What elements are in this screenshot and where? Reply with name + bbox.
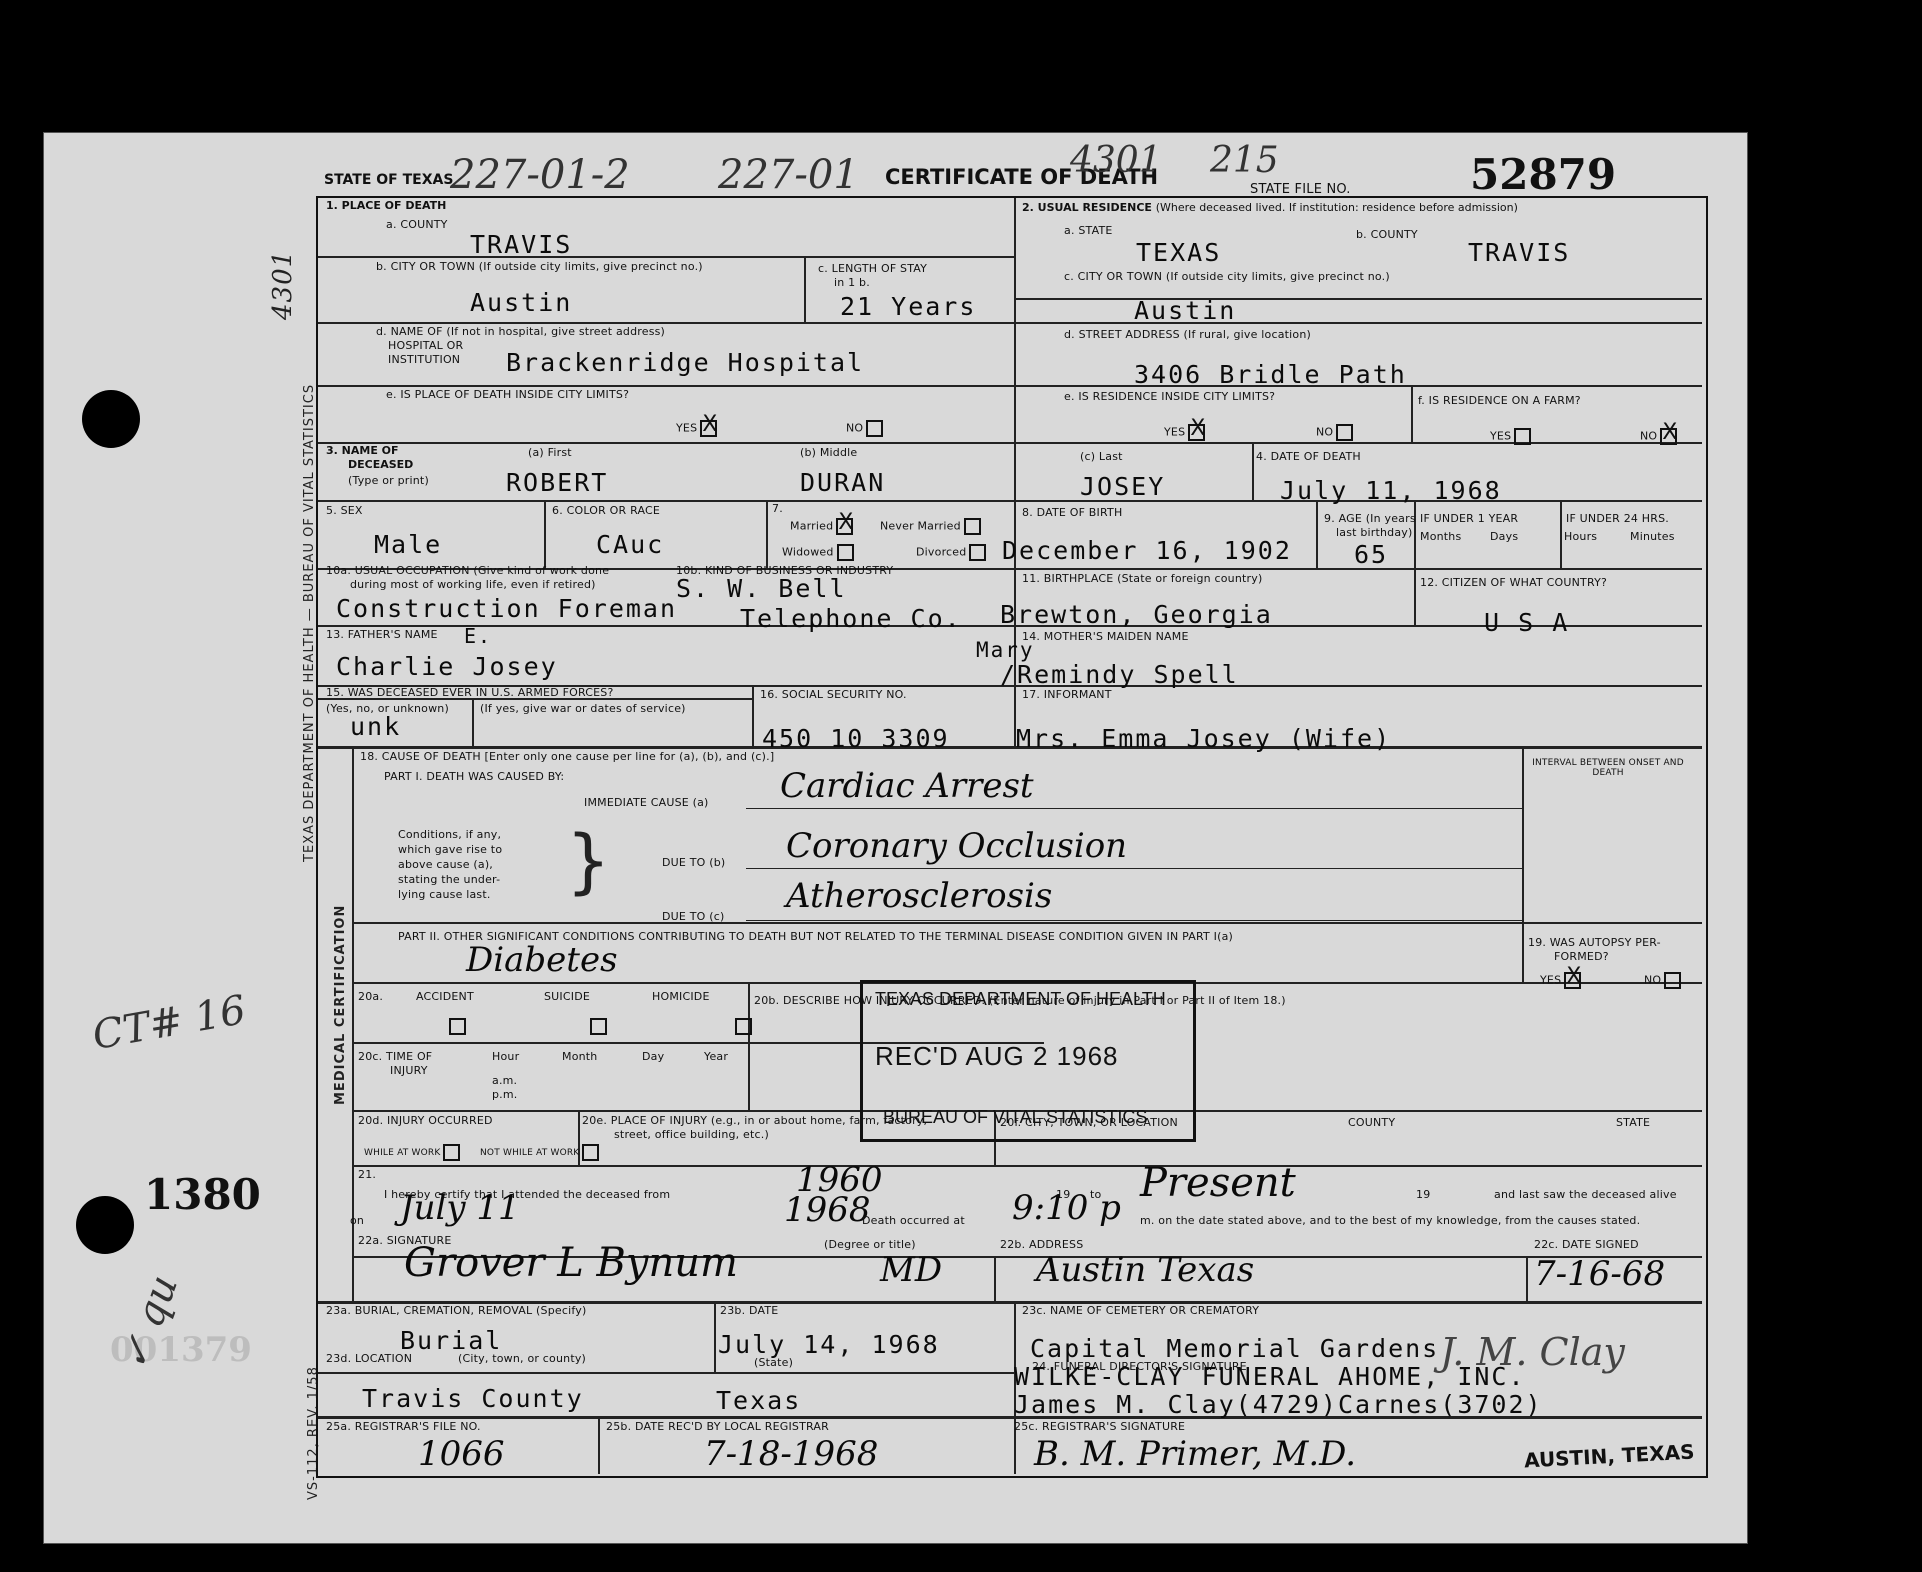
race: CAuc: [596, 530, 664, 559]
res-farm-yes[interactable]: YES: [1490, 428, 1531, 445]
sex-label: 5. SEX: [326, 504, 363, 517]
autopsy-no-checkbox[interactable]: [1664, 972, 1681, 989]
homicide-label: HOMICIDE: [652, 990, 710, 1003]
last-name: JOSEY: [1080, 472, 1165, 501]
burial-city: Travis County: [362, 1384, 584, 1413]
punch-hole-bottom: [76, 1196, 134, 1254]
part2-value: Diabetes: [466, 940, 618, 980]
header-pencil-code-4: 215: [1210, 140, 1279, 181]
pod-city-label: b. CITY OR TOWN (If outside city limits,…: [376, 260, 703, 273]
res-farm-no-checkbox[interactable]: [1660, 428, 1677, 445]
armed-label: 15. WAS DECEASED EVER IN U.S. ARMED FORC…: [326, 686, 614, 699]
header-pencil-code-2: 227-01: [718, 152, 859, 198]
divorced-checkbox[interactable]: [969, 544, 986, 561]
res-inside-no-checkbox[interactable]: [1336, 424, 1353, 441]
cause-part1: PART I. DEATH WAS CAUSED BY:: [384, 770, 564, 783]
months-label: Months: [1420, 530, 1461, 543]
ssn-label: 16. SOCIAL SECURITY NO.: [760, 688, 907, 701]
res-inside-no[interactable]: NO: [1316, 424, 1353, 441]
injury-a-label: 20a.: [358, 990, 383, 1003]
citizen: U S A: [1484, 608, 1569, 637]
autopsy-yes[interactable]: YES: [1540, 972, 1581, 989]
autopsy-label: 19. WAS AUTOPSY PER-: [1528, 936, 1661, 949]
conditions-note-0: Conditions, if any,: [398, 828, 501, 841]
married-checkbox[interactable]: [836, 518, 853, 535]
armed: unk: [350, 712, 401, 741]
res-city: Austin: [1134, 296, 1236, 325]
cert-text3: m. on the date stated above, and to the …: [1140, 1214, 1640, 1227]
physician-address: Austin Texas: [1036, 1250, 1254, 1290]
conditions-note-3: stating the under-: [398, 873, 500, 886]
pod-stay: 21 Years: [840, 292, 976, 321]
cause-label: 18. CAUSE OF DEATH [Enter only one cause…: [360, 750, 774, 763]
stamp-line3: BUREAU OF VITAL STATISTICS: [883, 1107, 1147, 1128]
injury-e-label2: street, office building, etc.): [614, 1128, 769, 1141]
due-b: Coronary Occlusion: [786, 826, 1127, 866]
father-insert: E.: [464, 624, 492, 648]
injury-day: Day: [642, 1050, 664, 1063]
registrar-c-label: 25c. REGISTRAR'S SIGNATURE: [1014, 1420, 1185, 1433]
birthplace: Brewton, Georgia: [1000, 600, 1273, 629]
pod-inside-no-checkbox[interactable]: [866, 420, 883, 437]
res-county: TRAVIS: [1468, 238, 1570, 267]
hours-label: Hours: [1564, 530, 1597, 543]
business-2: Telephone Co.: [740, 604, 962, 633]
header-pencil-code-1: 227-01-2: [450, 152, 630, 198]
occupation: Construction Foreman: [336, 594, 677, 623]
first-name-label: (a) First: [528, 446, 572, 459]
first-name: ROBERT: [506, 468, 608, 497]
margin-stamp-number: 1380: [144, 1170, 261, 1219]
res-farm-yes-checkbox[interactable]: [1514, 428, 1531, 445]
name-label: 3. NAME OF: [326, 444, 399, 457]
injury-state: STATE: [1616, 1116, 1650, 1129]
director-signature: J. M. Clay: [1440, 1330, 1625, 1374]
widowed-option[interactable]: Widowed: [782, 544, 854, 561]
header-pencil-code-3: 4301: [1070, 140, 1162, 181]
pod-stay-sub: in 1 b.: [834, 276, 870, 289]
widowed-checkbox[interactable]: [837, 544, 854, 561]
burial-b-label: 23b. DATE: [720, 1304, 778, 1317]
res-inside-yes[interactable]: YES: [1164, 424, 1205, 441]
registrar-a-label: 25a. REGISTRAR'S FILE NO.: [326, 1420, 481, 1433]
burial-d-state-sub: (State): [754, 1356, 793, 1369]
burial-d-sub: (City, town, or county): [458, 1352, 586, 1365]
pod-inside-label: e. IS PLACE OF DEATH INSIDE CITY LIMITS?: [386, 388, 629, 401]
marital-label: 7.: [772, 502, 783, 515]
under24-label: IF UNDER 24 HRS.: [1566, 512, 1669, 525]
occupation-label: 10a. USUAL OCCUPATION (Give kind of work…: [326, 564, 609, 577]
margin-vertical-agency: TEXAS DEPARTMENT OF HEALTH — BUREAU OF V…: [302, 384, 317, 862]
autopsy-no[interactable]: NO: [1644, 972, 1681, 989]
res-inside-label: e. IS RESIDENCE INSIDE CITY LIMITS?: [1064, 390, 1275, 403]
armed-sub2: (If yes, give war or dates of service): [480, 702, 686, 715]
divorced-option[interactable]: Divorced: [916, 544, 986, 561]
res-city-label: c. CITY OR TOWN (If outside city limits,…: [1064, 270, 1390, 283]
cert-death-at: Death occurred at: [862, 1214, 965, 1227]
pod-county-label: a. COUNTY: [386, 218, 448, 231]
physician-degree: MD: [880, 1250, 942, 1290]
age: 65: [1354, 540, 1388, 569]
date-signed-label: 22c. DATE SIGNED: [1534, 1238, 1639, 1251]
minutes-label: Minutes: [1630, 530, 1675, 543]
res-state-label: a. STATE: [1064, 224, 1113, 237]
pod-city: Austin: [470, 288, 572, 317]
margin-pencil-code: 4301: [268, 250, 298, 320]
date-signed: 7-16-68: [1534, 1254, 1665, 1294]
due-b-label: DUE TO (b): [662, 856, 725, 869]
citizen-label: 12. CITIZEN OF WHAT COUNTRY?: [1420, 576, 1607, 589]
age-label2: last birthday): [1336, 526, 1413, 539]
pod-hospital: Brackenridge Hospital: [506, 348, 864, 377]
registrar-date: 7-18-1968: [704, 1434, 878, 1474]
burial-date: July 14, 1968: [718, 1330, 940, 1359]
father-label: 13. FATHER'S NAME: [326, 628, 438, 641]
pod-county: TRAVIS: [470, 230, 572, 259]
sex: Male: [374, 530, 442, 559]
injury-pm: p.m.: [492, 1088, 518, 1101]
name-label2: DECEASED: [348, 458, 413, 471]
never-married-option[interactable]: Never Married: [880, 518, 981, 535]
days-label: Days: [1490, 530, 1518, 543]
occupation-label2: during most of working life, even if ret…: [350, 578, 596, 591]
pod-inside-no[interactable]: NO: [846, 420, 883, 437]
burial-d-label: 23d. LOCATION: [326, 1352, 412, 1365]
due-c-label: DUE TO (c): [662, 910, 724, 923]
interval-label: INTERVAL BETWEEN ONSET AND DEATH: [1528, 758, 1688, 778]
res-farm-no[interactable]: NO: [1640, 428, 1677, 445]
father: Charlie Josey: [336, 652, 558, 681]
registrar-b-label: 25b. DATE REC'D BY LOCAL REGISTRAR: [606, 1420, 829, 1433]
res-label: 2. USUAL RESIDENCE (Where deceased lived…: [1022, 201, 1518, 214]
res-inside-yes-checkbox[interactable]: [1188, 424, 1205, 441]
injury-c-label2: INJURY: [390, 1064, 428, 1077]
due-c: Atherosclerosis: [786, 876, 1052, 916]
while-at-work[interactable]: WHILE AT WORK: [364, 1144, 460, 1161]
injury-county: COUNTY: [1348, 1116, 1395, 1129]
burial-c-label: 23c. NAME OF CEMETERY OR CREMATORY: [1022, 1304, 1259, 1317]
conditions-note-1: which gave rise to: [398, 843, 502, 856]
cert-time: 9:10 p: [1012, 1188, 1121, 1228]
autopsy-yes-checkbox[interactable]: [1564, 972, 1581, 989]
injury-year: Year: [704, 1050, 728, 1063]
dob-label: 8. DATE OF BIRTH: [1022, 506, 1122, 519]
director-line2: James M. Clay(4729)Carnes(3702): [1014, 1390, 1543, 1419]
conditions-brace: }: [566, 826, 611, 896]
never-married-checkbox[interactable]: [964, 518, 981, 535]
stamp-line1: TEXAS DEPARTMENT OF HEALTH: [875, 989, 1166, 1010]
immediate-label: IMMEDIATE CAUSE (a): [584, 796, 709, 809]
res-county-label: b. COUNTY: [1356, 228, 1418, 241]
res-state: TEXAS: [1136, 238, 1221, 267]
injury-am: a.m.: [492, 1074, 517, 1087]
pod-label: 1. PLACE OF DEATH: [326, 199, 446, 212]
race-label: 6. COLOR OR RACE: [552, 504, 660, 517]
ssn: 450 10 3309: [762, 724, 950, 753]
birthplace-label: 11. BIRTHPLACE (State or foreign country…: [1022, 572, 1262, 585]
informant-label: 17. INFORMANT: [1022, 688, 1112, 701]
header-state-file-no: 52879: [1470, 150, 1616, 199]
middle-name: DURAN: [800, 468, 885, 497]
cert-19-2: 19: [1416, 1188, 1430, 1201]
registrar-file-no: 1066: [418, 1434, 505, 1474]
accident-label: ACCIDENT: [416, 990, 474, 1003]
injury-hour: Hour: [492, 1050, 519, 1063]
dob: December 16, 1902: [1002, 536, 1292, 565]
last-name-label: (c) Last: [1080, 450, 1123, 463]
stamp-line2: REC'D AUG 2 1968: [875, 1041, 1119, 1072]
cemetery: Capital Memorial Gardens: [1030, 1334, 1439, 1363]
burial-method: Burial: [400, 1326, 502, 1355]
burial-state: Texas: [716, 1386, 801, 1415]
suicide-label: SUICIDE: [544, 990, 590, 1003]
res-farm-label: f. IS RESIDENCE ON A FARM?: [1418, 394, 1581, 407]
injury-month: Month: [562, 1050, 597, 1063]
cert-to-value: Present: [1140, 1160, 1296, 1206]
burial-a-label: 23a. BURIAL, CREMATION, REMOVAL (Specify…: [326, 1304, 586, 1317]
pod-hospital-label: d. NAME OF (If not in hospital, give str…: [376, 325, 665, 338]
informant: Mrs. Emma Josey (Wife): [1016, 724, 1391, 753]
received-stamp: TEXAS DEPARTMENT OF HEALTH REC'D AUG 2 1…: [860, 980, 1196, 1142]
dod-label: 4. DATE OF DEATH: [1256, 450, 1361, 463]
res-street: 3406 Bridle Path: [1134, 360, 1407, 389]
accident-checkbox[interactable]: [449, 1018, 466, 1035]
business-1: S. W. Bell: [676, 574, 847, 603]
married-option[interactable]: Married: [790, 518, 853, 535]
suicide-checkbox[interactable]: [590, 1018, 607, 1035]
name-label3: (Type or print): [348, 474, 429, 487]
cert-year-value: 1968: [784, 1190, 871, 1230]
cert-on: on: [350, 1214, 364, 1227]
conditions-note-2: above cause (a),: [398, 858, 493, 871]
mother-label: 14. MOTHER'S MAIDEN NAME: [1022, 630, 1189, 643]
under1-label: IF UNDER 1 YEAR: [1420, 512, 1518, 525]
punch-hole-top: [82, 390, 140, 448]
physician-signature: Grover L Bynum: [404, 1240, 738, 1286]
not-while-at-work[interactable]: NOT WHILE AT WORK: [480, 1144, 599, 1161]
pod-inside-yes[interactable]: YES: [676, 420, 717, 437]
autopsy-label2: FORMED?: [1554, 950, 1609, 963]
conditions-note-4: lying cause last.: [398, 888, 491, 901]
cert-on-value: July 11: [400, 1188, 520, 1228]
immediate-cause: Cardiac Arrest: [780, 766, 1034, 806]
not-while-at-work-checkbox[interactable]: [582, 1144, 599, 1161]
injury-c-label: 20c. TIME OF: [358, 1050, 432, 1063]
mother: /Remindy Spell: [1000, 660, 1239, 689]
cert-num: 21.: [358, 1168, 376, 1181]
header-state-file-label: STATE FILE NO.: [1250, 182, 1351, 197]
pod-hospital-label3: INSTITUTION: [388, 353, 460, 366]
registrar-signature: B. M. Primer, M.D.: [1034, 1434, 1356, 1474]
pod-hospital-label2: HOSPITAL OR: [388, 339, 463, 352]
dod: July 11, 1968: [1280, 476, 1502, 505]
res-street-label: d. STREET ADDRESS (If rural, give locati…: [1064, 328, 1311, 341]
header-state: STATE OF TEXAS: [324, 172, 453, 188]
age-label: 9. AGE (In years: [1324, 512, 1416, 525]
injury-d-label: 20d. INJURY OCCURRED: [358, 1114, 493, 1127]
cert-text2: and last saw the deceased alive: [1494, 1188, 1677, 1201]
middle-name-label: (b) Middle: [800, 446, 857, 459]
homicide-checkbox[interactable]: [735, 1018, 752, 1035]
pod-stay-label: c. LENGTH OF STAY: [818, 262, 927, 275]
pod-inside-yes-checkbox[interactable]: [700, 420, 717, 437]
while-at-work-checkbox[interactable]: [443, 1144, 460, 1161]
